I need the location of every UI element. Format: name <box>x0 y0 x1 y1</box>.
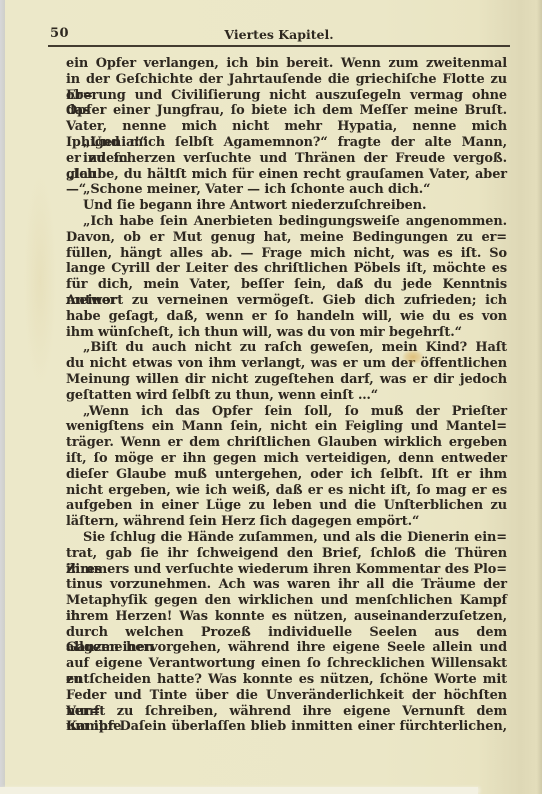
text-line: Ganzen hervorgehen, während ihre eigene … <box>66 640 507 656</box>
text-line: Opfer einer Jungfrau, ſo biete ich dem M… <box>66 103 507 119</box>
text-line: Und ſie begann ihre Antwort niederzuſchr… <box>66 198 507 214</box>
text-line: um ihr Daſein überlaſſen blieb inmitten … <box>66 719 507 735</box>
text-line: Sie ſchlug die Hände zuſammen, und als d… <box>66 530 507 546</box>
text-line: geſtatten wird ſelbſt zu thun, wenn einſ… <box>66 388 507 404</box>
text-line: nicht ergeben, wie ich weiß, daß er es n… <box>66 483 507 499</box>
running-header-chapter-title: Viertes Kapitel. <box>48 27 510 42</box>
text-line: Zimmers und verſuchte wiederum ihren Kom… <box>66 562 507 578</box>
text-line: ihm wünſcheſt, ich thun will, was du von… <box>66 325 507 341</box>
text-line: läſtern, während ſein Herz ſich dagegen … <box>66 514 507 530</box>
text-line: nunft zu ſchreiben, während ihre eigene … <box>66 704 507 720</box>
text-line: wenigſtens ein Mann ſein, nicht ein Feig… <box>66 419 507 435</box>
text-line: „Biſt du auch nicht zu raſch geweſen, me… <box>66 340 507 356</box>
text-line: ihrem Herzen! Was konnte es nützen, ause… <box>66 609 507 625</box>
text-line: trat, gab ſie ihr ſchweigend den Brief, … <box>66 546 507 562</box>
text-line: Meinung willen dir nicht zugeſtehen darf… <box>66 372 507 388</box>
text-line: habe geſagt, daß, wenn er ſo handeln wil… <box>66 309 507 325</box>
text-line: „Schone meiner, Vater — ich ſchonte auch… <box>66 182 507 198</box>
text-line: du nicht etwas von ihm verlangt, was er … <box>66 356 507 372</box>
text-line: oberung und Civiliſierung nicht auszuſeg… <box>66 88 507 104</box>
text-line: tinus vorzunehmen. Ach was waren ihr all… <box>66 577 507 593</box>
scan-edge-left <box>0 0 5 794</box>
text-line: entſcheiden hatte? Was konnte es nützen,… <box>66 672 507 688</box>
book-page-scan: 50 Viertes Kapitel. ein Opfer verlangen,… <box>0 0 542 794</box>
text-line: aufgeben in einer Lüge zu leben und die … <box>66 498 507 514</box>
text-line: in der Geſchichte der Jahrtauſende die g… <box>66 72 507 88</box>
text-line: glaube, du hältſt mich für einen recht g… <box>66 167 507 183</box>
body-text: ein Opfer verlangen, ich bin bereit. Wen… <box>66 56 507 735</box>
text-line: träger. Wenn er dem chriſtlichen Glauben… <box>66 435 507 451</box>
text-line: lange Cyrill der Leiter des chriſtlichen… <box>66 261 507 277</box>
text-line: Vater, nenne mich nicht mehr Hypatia, ne… <box>66 119 507 135</box>
text-line: auf eigene Verantwortung einen ſo ſchrec… <box>66 656 507 672</box>
text-line: Davon, ob er Mut genug hat, meine Beding… <box>66 230 507 246</box>
text-line: Antwort zu verneinen vermögeſt. Gieb dic… <box>66 293 507 309</box>
text-line: Feder und Tinte über die Unveränderlichk… <box>66 688 507 704</box>
text-line: ein Opfer verlangen, ich bin bereit. Wen… <box>66 56 507 72</box>
scan-edge-bottom <box>0 787 478 794</box>
text-line: iſt, ſo möge er ihn gegen mich verteidig… <box>66 451 507 467</box>
text-line: dieſer Glaube muß untergehen, oder ich ſ… <box>66 467 507 483</box>
text-line: füllen, hängt alles ab. — Frage mich nic… <box>66 246 507 262</box>
text-line: „Und mich ſelbſt Agamemnon?“ fragte der … <box>66 135 507 151</box>
text-line: für dich, mein Vater, beſſer ſein, daß d… <box>66 277 507 293</box>
text-line: „Wenn ich das Opfer ſein ſoll, ſo muß de… <box>66 404 507 420</box>
text-line: er zu ſcherzen verſuchte und Thränen der… <box>66 151 507 167</box>
header-rule <box>48 45 510 47</box>
text-line: durch welchen Prozeß individuelle Seelen… <box>66 625 507 641</box>
text-line: „Ich habe ſein Anerbieten bedingungsweiſ… <box>66 214 507 230</box>
text-line: Metaphyſik gegen den wirklichen und menſ… <box>66 593 507 609</box>
